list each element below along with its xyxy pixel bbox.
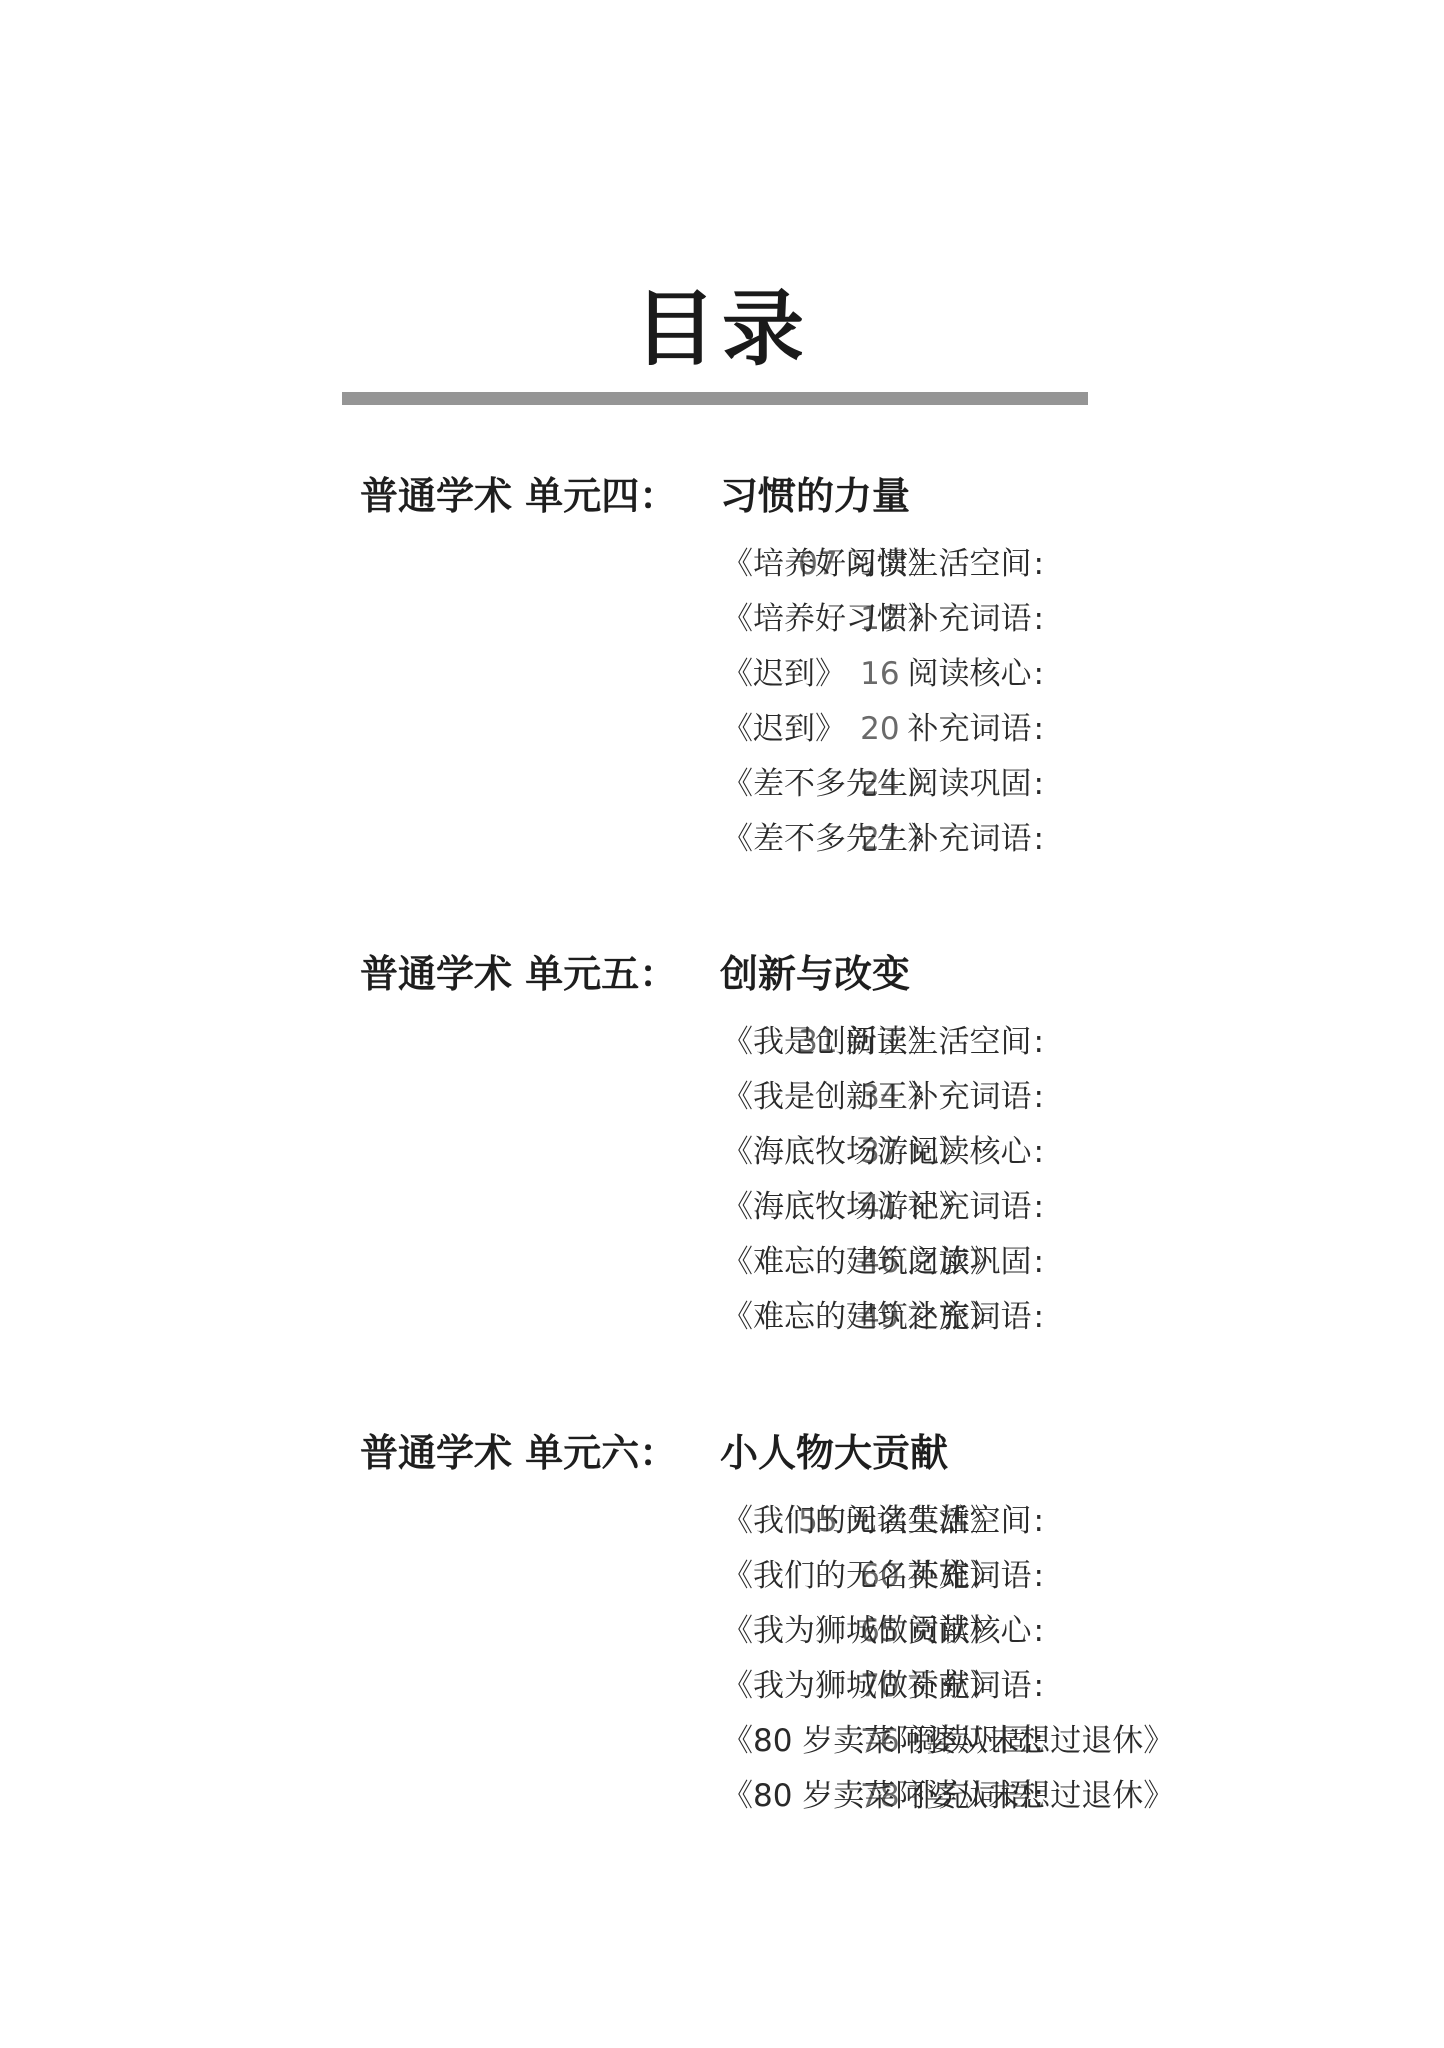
entry-work-title: 《我为狮城做贡献》	[722, 1662, 1001, 1710]
colon: :	[1034, 1668, 1044, 1704]
entry-work-title: 《培养好习惯》	[722, 595, 939, 643]
colon: :	[1034, 1299, 1044, 1335]
colon: :	[1034, 1503, 1044, 1539]
unit-theme: 习惯的力量	[720, 471, 910, 521]
entry-work-title: 《差不多先生》	[722, 815, 939, 863]
toc-entry[interactable]: 27补充词语: 《差不多先生》	[360, 815, 1360, 863]
toc-entry[interactable]: 31阅读生活空间: 《我是创新王》	[360, 1018, 1360, 1066]
entry-work-title: 《我为狮城做贡献》	[722, 1607, 1001, 1655]
entry-work-title: 《难忘的建筑之旅》	[722, 1293, 1001, 1341]
unit-prefix: 普通学术 单元四：	[360, 474, 677, 518]
toc-entry[interactable]: 76阅读巩固: 《80 岁卖菜阿婆从未想过退休》	[360, 1717, 1360, 1765]
unit-theme: 小人物大贡献	[720, 1428, 948, 1478]
entry-work-title: 《我是创新王》	[722, 1018, 939, 1066]
toc-entry[interactable]: 24阅读巩固: 《差不多先生》	[360, 760, 1360, 808]
toc-entry[interactable]: 20补充词语: 《迟到》	[360, 705, 1360, 753]
colon: :	[1034, 1613, 1044, 1649]
page-title: 目录	[0, 282, 1444, 378]
toc-entry[interactable]: 70补充词语: 《我为狮城做贡献》	[360, 1662, 1360, 1710]
unit-prefix: 普通学术 单元五：	[360, 952, 677, 996]
colon: :	[1034, 1244, 1044, 1280]
toc-entry[interactable]: 41补充词语: 《海底牧场游记》	[360, 1183, 1360, 1231]
colon: :	[1034, 1024, 1044, 1060]
entry-kind: 阅读核心	[908, 656, 1032, 692]
entry-work-title: 《海底牧场游记》	[722, 1183, 970, 1231]
toc-entry[interactable]: 12补充词语: 《培养好习惯》	[360, 595, 1360, 643]
colon: :	[1034, 1079, 1044, 1115]
unit-heading: 普通学术 单元四： 习惯的力量	[360, 471, 677, 521]
entry-work-title: 《我们的无名英雄》	[722, 1552, 1001, 1600]
toc-entry[interactable]: 16阅读核心: 《迟到》	[360, 650, 1360, 698]
toc-entry[interactable]: 60补充词语: 《我们的无名英雄》	[360, 1552, 1360, 1600]
colon: :	[1034, 711, 1044, 747]
colon: :	[1034, 821, 1044, 857]
unit-heading: 普通学术 单元五： 创新与改变	[360, 949, 677, 999]
entry-work-title: 《难忘的建筑之旅》	[722, 1238, 1001, 1286]
colon: :	[1034, 1189, 1044, 1225]
colon: :	[1034, 1558, 1044, 1594]
toc-entry[interactable]: 07阅读生活空间: 《培养好习惯》	[360, 540, 1360, 588]
entry-work-title: 《差不多先生》	[722, 760, 939, 808]
unit-prefix: 普通学术 单元六：	[360, 1431, 677, 1475]
colon: :	[1034, 1134, 1044, 1170]
page-number: 20	[860, 711, 899, 747]
entry-work-title: 《迟到》	[722, 705, 846, 753]
toc-entry[interactable]: 55阅读生活空间: 《我们的无名英雄》	[360, 1497, 1360, 1545]
toc-entry[interactable]: 34补充词语: 《我是创新王》	[360, 1073, 1360, 1121]
unit-theme: 创新与改变	[720, 949, 910, 999]
colon: :	[1034, 546, 1044, 582]
toc-entry[interactable]: 49补充词语: 《难忘的建筑之旅》	[360, 1293, 1360, 1341]
colon: :	[1034, 656, 1044, 692]
colon: :	[1034, 601, 1044, 637]
entry-work-title: 《海底牧场游记》	[722, 1128, 970, 1176]
entry-work-title: 《迟到》	[722, 650, 846, 698]
entry-work-title: 《培养好习惯》	[722, 540, 939, 588]
page-number: 16	[860, 656, 899, 692]
toc-entry[interactable]: 37阅读核心: 《海底牧场游记》	[360, 1128, 1360, 1176]
unit-heading: 普通学术 单元六： 小人物大贡献	[360, 1428, 677, 1478]
entry-work-title: 《我是创新王》	[722, 1073, 939, 1121]
colon: :	[1034, 766, 1044, 802]
toc-entry[interactable]: 78补充词语: 《80 岁卖菜阿婆从未想过退休》	[360, 1772, 1360, 1820]
entry-work-title: 《80 岁卖菜阿婆从未想过退休》	[722, 1772, 1174, 1820]
entry-work-title: 《80 岁卖菜阿婆从未想过退休》	[722, 1717, 1174, 1765]
toc-entry[interactable]: 46阅读巩固: 《难忘的建筑之旅》	[360, 1238, 1360, 1286]
title-divider	[342, 392, 1088, 405]
entry-kind: 补充词语	[908, 711, 1032, 747]
toc-entry[interactable]: 65阅读核心: 《我为狮城做贡献》	[360, 1607, 1360, 1655]
entry-work-title: 《我们的无名英雄》	[722, 1497, 1001, 1545]
